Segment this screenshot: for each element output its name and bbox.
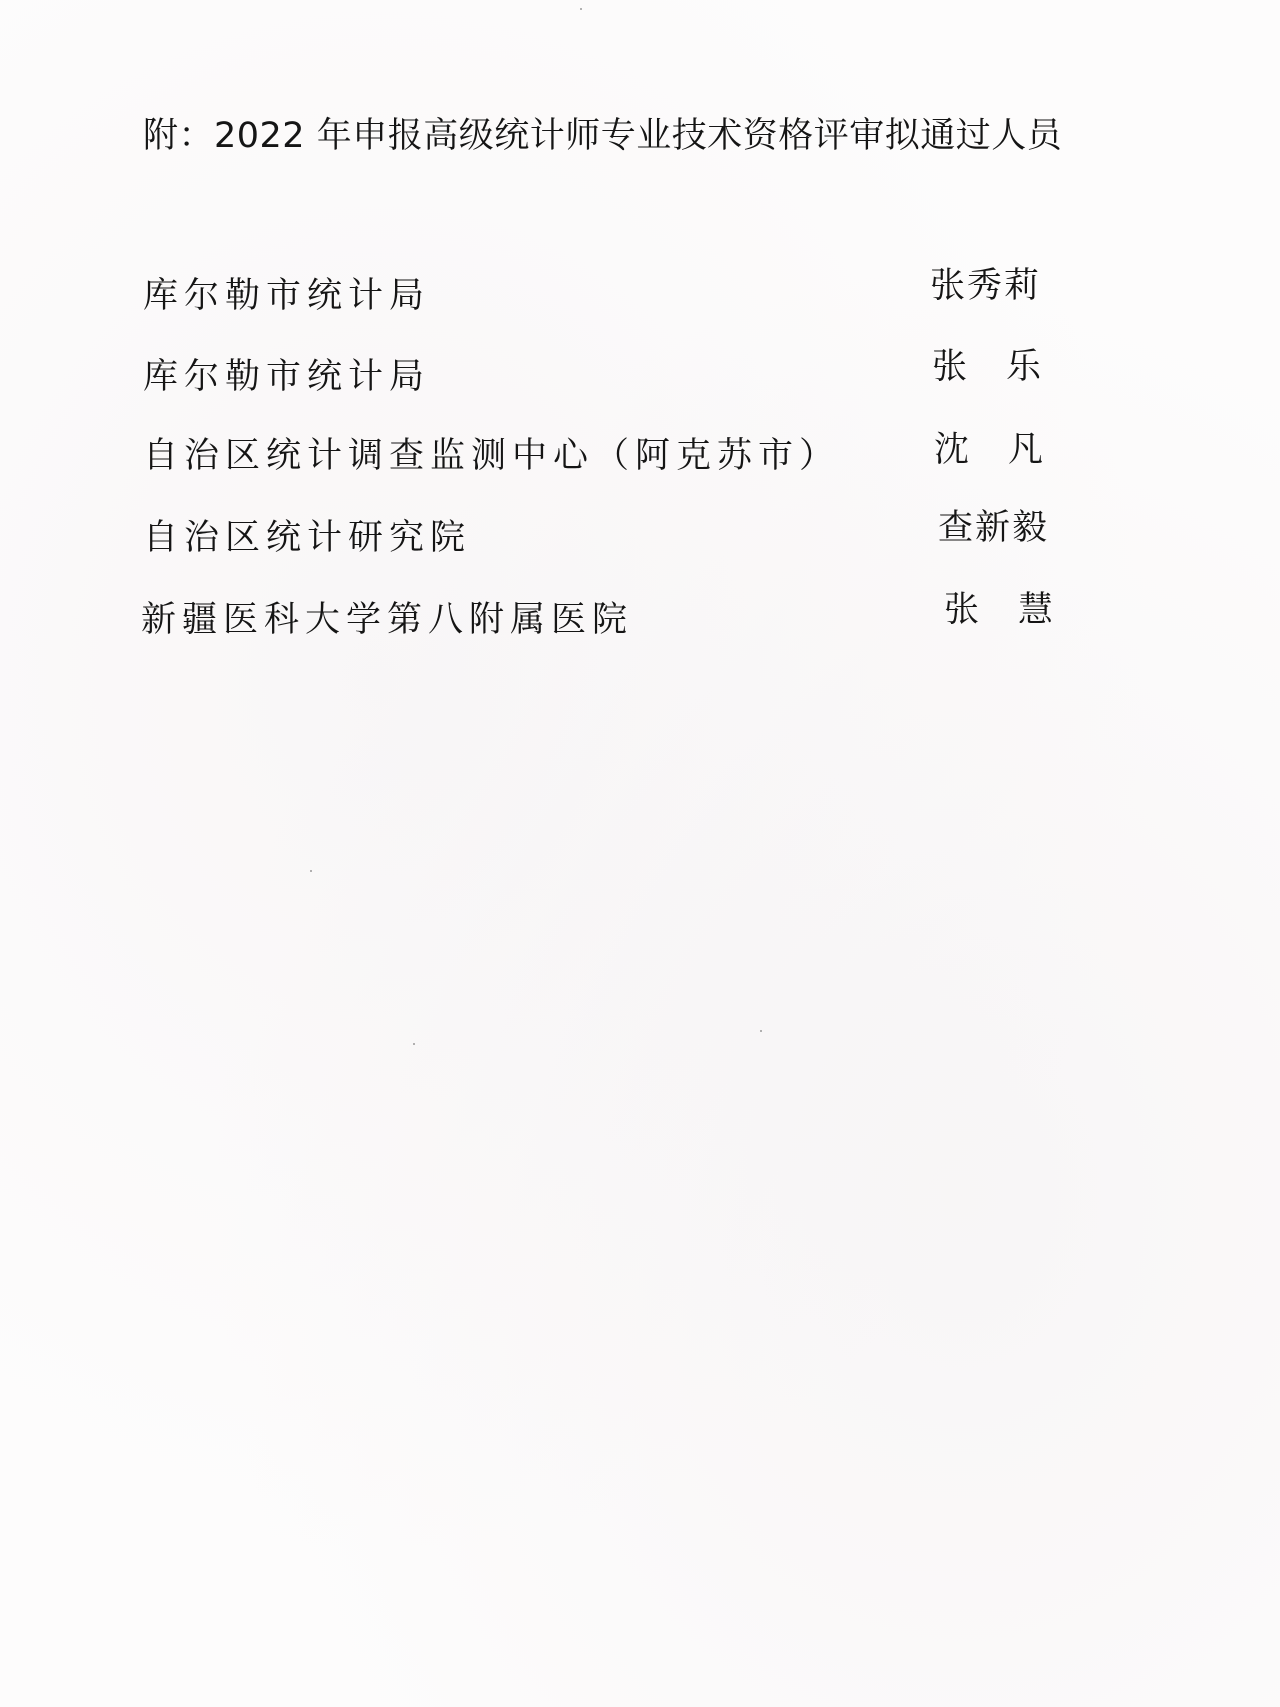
scan-speck <box>413 1043 415 1045</box>
list-item: 新疆医科大学第八附属医院 张 慧 <box>0 592 1280 652</box>
person-name: 查新毅 <box>938 500 1049 550</box>
scan-speck <box>760 1030 762 1032</box>
document-title: 附：2022 年申报高级统计师专业技术资格评审拟通过人员 <box>143 108 1062 158</box>
person-name: 张秀莉 <box>930 258 1041 308</box>
organization-name: 自治区统计调查监测中心（阿克苏市） <box>143 428 840 478</box>
organization-name: 自治区统计研究院 <box>143 510 471 560</box>
person-name: 沈 凡 <box>934 422 1045 472</box>
scan-speck <box>310 870 312 872</box>
list-item: 自治区统计研究院 查新毅 <box>0 510 1280 570</box>
scan-speck <box>580 8 582 10</box>
organization-name: 库尔勒市统计局 <box>143 349 430 399</box>
organization-name: 新疆医科大学第八附属医院 <box>141 592 633 642</box>
list-item: 库尔勒市统计局 张秀莉 <box>0 268 1280 328</box>
list-item: 自治区统计调查监测中心（阿克苏市） 沈 凡 <box>0 428 1280 488</box>
list-item: 库尔勒市统计局 张 乐 <box>0 349 1280 409</box>
organization-name: 库尔勒市统计局 <box>143 268 430 318</box>
person-name: 张 慧 <box>944 582 1055 632</box>
scanned-document-page: 附：2022 年申报高级统计师专业技术资格评审拟通过人员 库尔勒市统计局 张秀莉… <box>0 0 1280 1707</box>
person-name: 张 乐 <box>932 339 1043 389</box>
